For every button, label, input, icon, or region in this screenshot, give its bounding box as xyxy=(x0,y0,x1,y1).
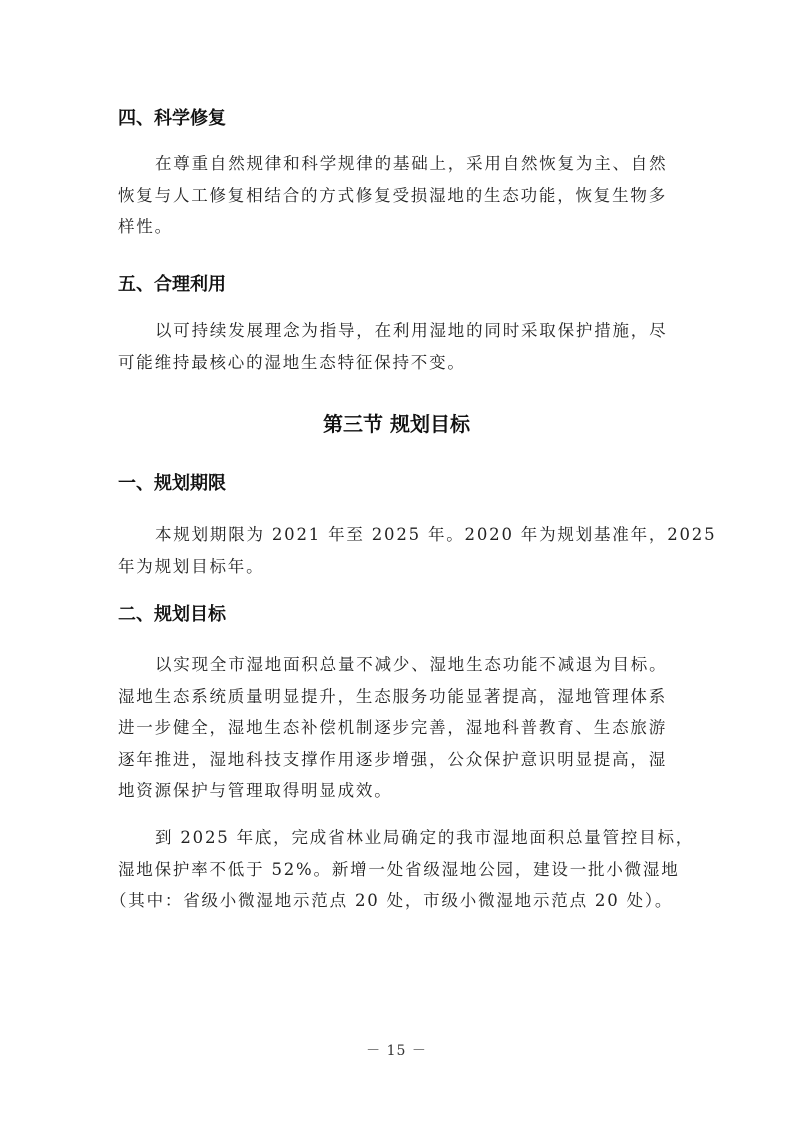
text-line: 年为规划目标年。 xyxy=(118,551,675,583)
text-line: 进一步健全，湿地生态补偿机制逐步完善，湿地科普教育、生态旅游 xyxy=(118,712,675,744)
paragraph-2025-targets: 到 2025 年底，完成省林业局确定的我市湿地面积总量管控目标， 湿地保护率不低… xyxy=(118,822,675,917)
section-heading-planning-goals: 二、规划目标 xyxy=(118,604,226,626)
document-page: 四、科学修复 在尊重自然规律和科学规律的基础上，采用自然恢复为主、自然 恢复与人… xyxy=(0,0,793,1122)
page-number: － 15 － xyxy=(0,1040,793,1060)
text-line: 湿地生态系统质量明显提升，生态服务功能显著提高，湿地管理体系 xyxy=(118,681,675,713)
text-line: 地资源保护与管理取得明显成效。 xyxy=(118,775,675,807)
paragraph-rational-use: 以可持续发展理念为指导，在利用湿地的同时采取保护措施，尽 可能维持最核心的湿地生… xyxy=(118,315,675,378)
text-line: 湿地保护率不低于 52%。新增一处省级湿地公园，建设一批小微湿地 xyxy=(118,854,675,886)
text-line: 以实现全市湿地面积总量不减少、湿地生态功能不减退为目标。 xyxy=(118,649,675,681)
text-line: 本规划期限为 2021 年至 2025 年。2020 年为规划基准年，2025 xyxy=(118,519,675,551)
text-line: 到 2025 年底，完成省林业局确定的我市湿地面积总量管控目标， xyxy=(118,822,675,854)
text-line: 在尊重自然规律和科学规律的基础上，采用自然恢复为主、自然 xyxy=(118,148,675,180)
text-line: 逐年推进，湿地科技支撑作用逐步增强，公众保护意识明显提高，湿 xyxy=(118,744,675,776)
chapter-title: 第三节 规划目标 xyxy=(0,412,793,436)
text-line: 恢复与人工修复相结合的方式修复受损湿地的生态功能，恢复生物多 xyxy=(118,180,675,212)
paragraph-scientific-restoration: 在尊重自然规律和科学规律的基础上，采用自然恢复为主、自然 恢复与人工修复相结合的… xyxy=(118,148,675,243)
section-heading-rational-use: 五、合理利用 xyxy=(118,274,226,296)
section-heading-scientific-restoration: 四、科学修复 xyxy=(118,108,226,130)
paragraph-planning-period: 本规划期限为 2021 年至 2025 年。2020 年为规划基准年，2025 … xyxy=(118,519,675,582)
text-line: （其中：省级小微湿地示范点 20 处，市级小微湿地示范点 20 处）。 xyxy=(110,885,675,917)
text-line: 可能维持最核心的湿地生态特征保持不变。 xyxy=(118,347,675,379)
text-line: 以可持续发展理念为指导，在利用湿地的同时采取保护措施，尽 xyxy=(118,315,675,347)
text-line: 样性。 xyxy=(118,211,675,243)
paragraph-planning-goals: 以实现全市湿地面积总量不减少、湿地生态功能不减退为目标。 湿地生态系统质量明显提… xyxy=(118,649,675,807)
section-heading-planning-period: 一、规划期限 xyxy=(118,473,226,495)
